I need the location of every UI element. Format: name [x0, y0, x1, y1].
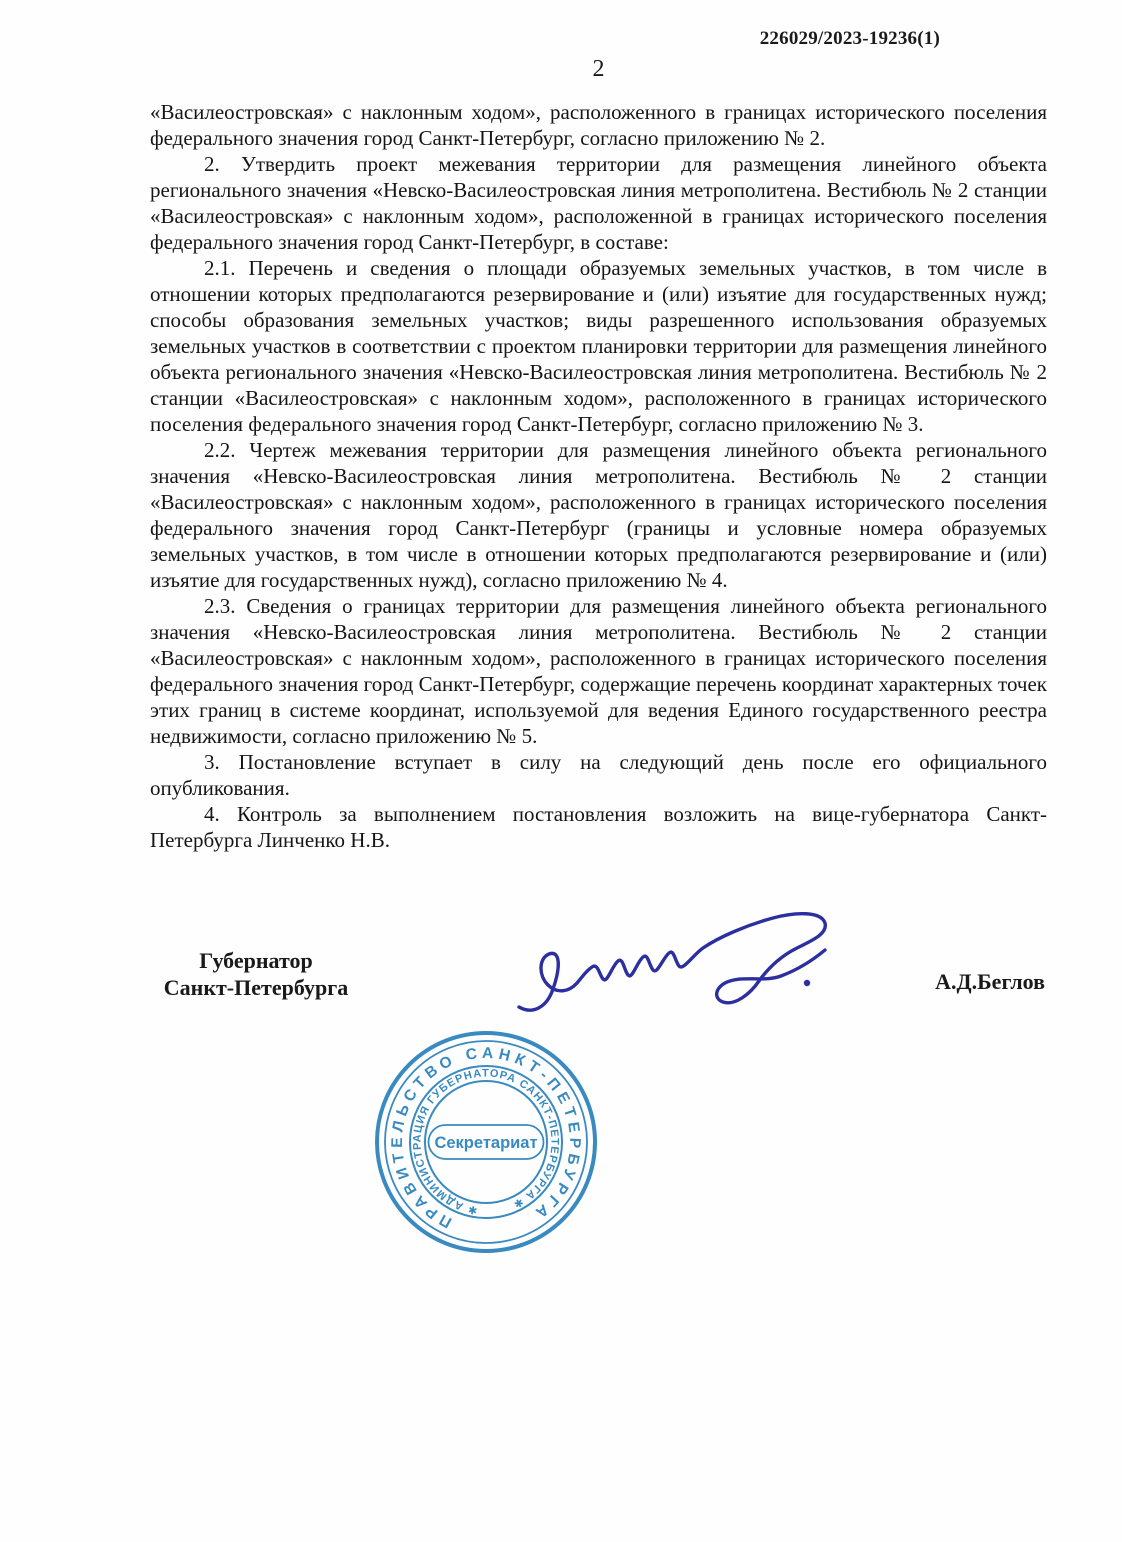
- signature-dot: [804, 980, 810, 986]
- signer-title: Губернатор Санкт-Петербурга: [158, 947, 354, 1001]
- paragraph-2-1: 2.1. Перечень и сведения о площади образ…: [150, 255, 1047, 437]
- paragraph-continuation: «Василеостровская» с наклонным ходом», р…: [150, 99, 1047, 151]
- signer-title-line1: Губернатор: [158, 947, 354, 974]
- stamp-center-text: Секретариат: [434, 1134, 537, 1152]
- paragraph-4: 4. Контроль за выполнением постановления…: [150, 801, 1047, 853]
- paragraph-3: 3. Постановление вступает в силу на след…: [150, 749, 1047, 801]
- signature-ink: [503, 903, 885, 1025]
- paragraph-2: 2. Утвердить проект межевания территории…: [150, 151, 1047, 255]
- document-body: «Василеостровская» с наклонным ходом», р…: [150, 99, 1047, 853]
- signer-name: А.Д.Беглов: [935, 969, 1045, 995]
- document-page: 226029/2023-19236(1) 2 «Василеостровская…: [0, 0, 1122, 1542]
- paragraph-2-3: 2.3. Сведения о границах территории для …: [150, 593, 1047, 749]
- signer-title-line2: Санкт-Петербурга: [158, 974, 354, 1001]
- document-number: 226029/2023-19236(1): [760, 28, 940, 50]
- page-number: 2: [150, 56, 1047, 83]
- official-stamp: ПРАВИТЕЛЬСТВО САНКТ-ПЕТЕРБУРГА ✱ АДМИНИС…: [372, 1028, 600, 1256]
- signature-stroke: [519, 914, 825, 1010]
- paragraph-2-2: 2.2. Чертеж межевания территории для раз…: [150, 437, 1047, 593]
